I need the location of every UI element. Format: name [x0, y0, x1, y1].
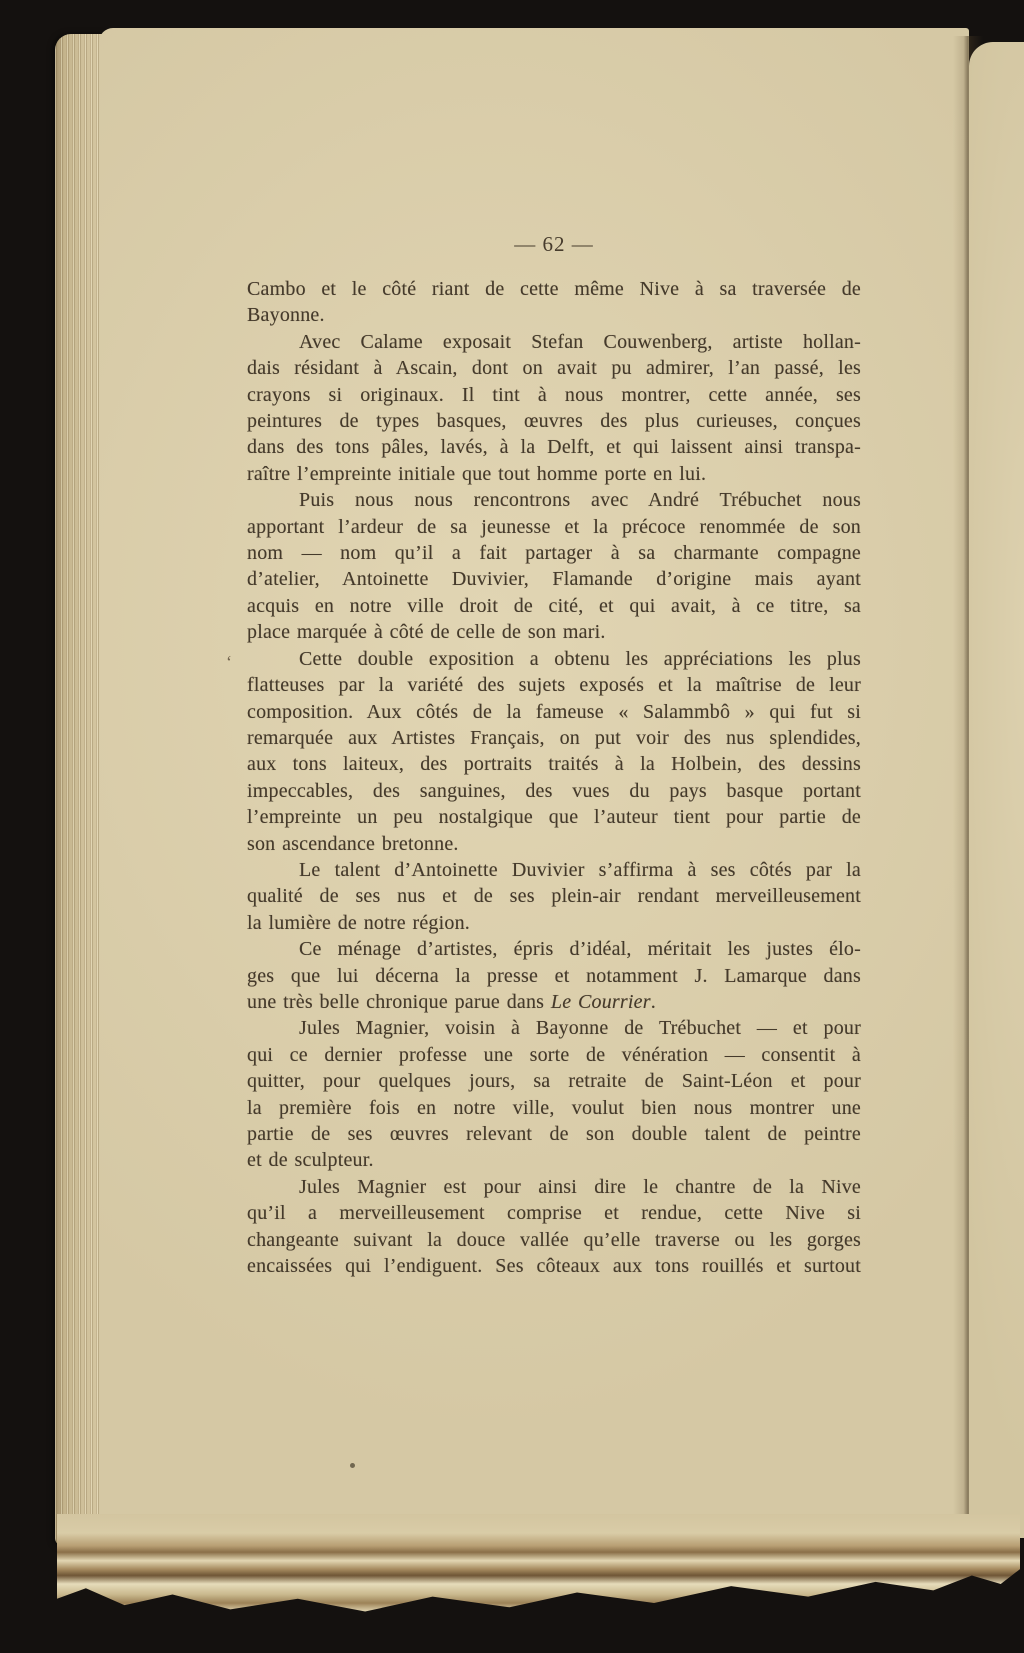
text-line: flatteuses par la variété des sujets exp… — [247, 672, 861, 698]
text-line: composition. Aux côtés de la fameuse « S… — [247, 699, 861, 725]
bottom-page-edges — [57, 1514, 1020, 1620]
paragraph: Jules Magnier est pour ainsi dire le cha… — [247, 1174, 861, 1280]
paragraph: Cambo et le côté riant de cette même Niv… — [247, 276, 861, 329]
text-line: raître l’empreinte initiale que tout hom… — [247, 461, 861, 487]
left-page-edges — [55, 34, 105, 1546]
text-line: dais résidant à Ascain, dont on avait pu… — [247, 355, 861, 381]
scan-speck — [350, 1463, 355, 1468]
text-line: encaissées qui l’endiguent. Ses côteaux … — [247, 1253, 861, 1279]
text-line: la première fois en notre ville, voulut … — [247, 1095, 861, 1121]
text-line: place marquée à côté de celle de son mar… — [247, 619, 861, 645]
page-number: — 62 — — [247, 232, 861, 257]
text-line: Avec Calame exposait Stefan Couwenberg, … — [247, 329, 861, 355]
paragraph: Jules Magnier, voisin à Bayonne de Trébu… — [247, 1015, 861, 1173]
text-line: remarquée aux Artistes Français, on put … — [247, 725, 861, 751]
text-line: Puis nous nous rencontrons avec André Tr… — [247, 487, 861, 513]
facing-page-sliver — [969, 42, 1024, 1538]
text-line: qu’il a merveilleusement comprise et ren… — [247, 1200, 861, 1226]
text-line: d’atelier, Antoinette Duvivier, Flamande… — [247, 566, 861, 592]
text-line: crayons si originaux. Il tint à nous mon… — [247, 382, 861, 408]
text-line: Cette double exposition a obtenu les app… — [247, 646, 861, 672]
text-line: nom — nom qu’il a fait partager à sa cha… — [247, 540, 861, 566]
paragraph: Le talent d’Antoinette Duvivier s’affirm… — [247, 857, 861, 936]
text-line: qualité de ses nus et de ses plein-air r… — [247, 883, 861, 909]
text-line: Bayonne. — [247, 302, 861, 328]
text-line: quitter, pour quelques jours, sa retrait… — [247, 1068, 861, 1094]
text-line: ges que lui décerna la presse et notamme… — [247, 963, 861, 989]
text-line: Cambo et le côté riant de cette même Niv… — [247, 276, 861, 302]
text-line: Ce ménage d’artistes, épris d’idéal, mér… — [247, 936, 861, 962]
paragraph: Cette double exposition a obtenu les app… — [247, 646, 861, 857]
text-line: impeccables, des sanguines, des vues du … — [247, 778, 861, 804]
open-book: — 62 — Cambo et le côté riant de cette m… — [55, 28, 1024, 1620]
text-line: Jules Magnier, voisin à Bayonne de Trébu… — [247, 1015, 861, 1041]
text-line: qui ce dernier professe une sorte de vén… — [247, 1042, 861, 1068]
text-line: dans des tons pâles, lavés, à la Delft, … — [247, 434, 861, 460]
text-line: aux tons laiteux, des portraits traités … — [247, 751, 861, 777]
text-line: partie de ses œuvres relevant de son dou… — [247, 1121, 861, 1147]
text-line: une très belle chronique parue dans Le C… — [247, 989, 861, 1015]
text-line: changeante suivant la douce vallée qu’el… — [247, 1227, 861, 1253]
text-line: son ascendance bretonne. — [247, 831, 861, 857]
text-line: Jules Magnier est pour ainsi dire le cha… — [247, 1174, 861, 1200]
book-scan-photo: — 62 — Cambo et le côté riant de cette m… — [0, 0, 1024, 1653]
text-line: peintures de types basques, œuvres des p… — [247, 408, 861, 434]
paragraph: Ce ménage d’artistes, épris d’idéal, mér… — [247, 936, 861, 1015]
text-line: Le talent d’Antoinette Duvivier s’affirm… — [247, 857, 861, 883]
paragraph: Puis nous nous rencontrons avec André Tr… — [247, 487, 861, 645]
paragraph: Avec Calame exposait Stefan Couwenberg, … — [247, 329, 861, 487]
book-page: — 62 — Cambo et le côté riant de cette m… — [99, 28, 969, 1528]
text-line: et de sculpteur. — [247, 1147, 861, 1173]
text-line: acquis en notre ville droit de cité, et … — [247, 593, 861, 619]
text-line: l’empreinte un peu nostalgique que l’aut… — [247, 804, 861, 830]
text-line: la lumière de notre région. — [247, 910, 861, 936]
text-block: Cambo et le côté riant de cette même Niv… — [247, 276, 861, 1279]
text-line: apportant l’ardeur de sa jeunesse et la … — [247, 514, 861, 540]
margin-mark: ‘ — [226, 652, 232, 673]
